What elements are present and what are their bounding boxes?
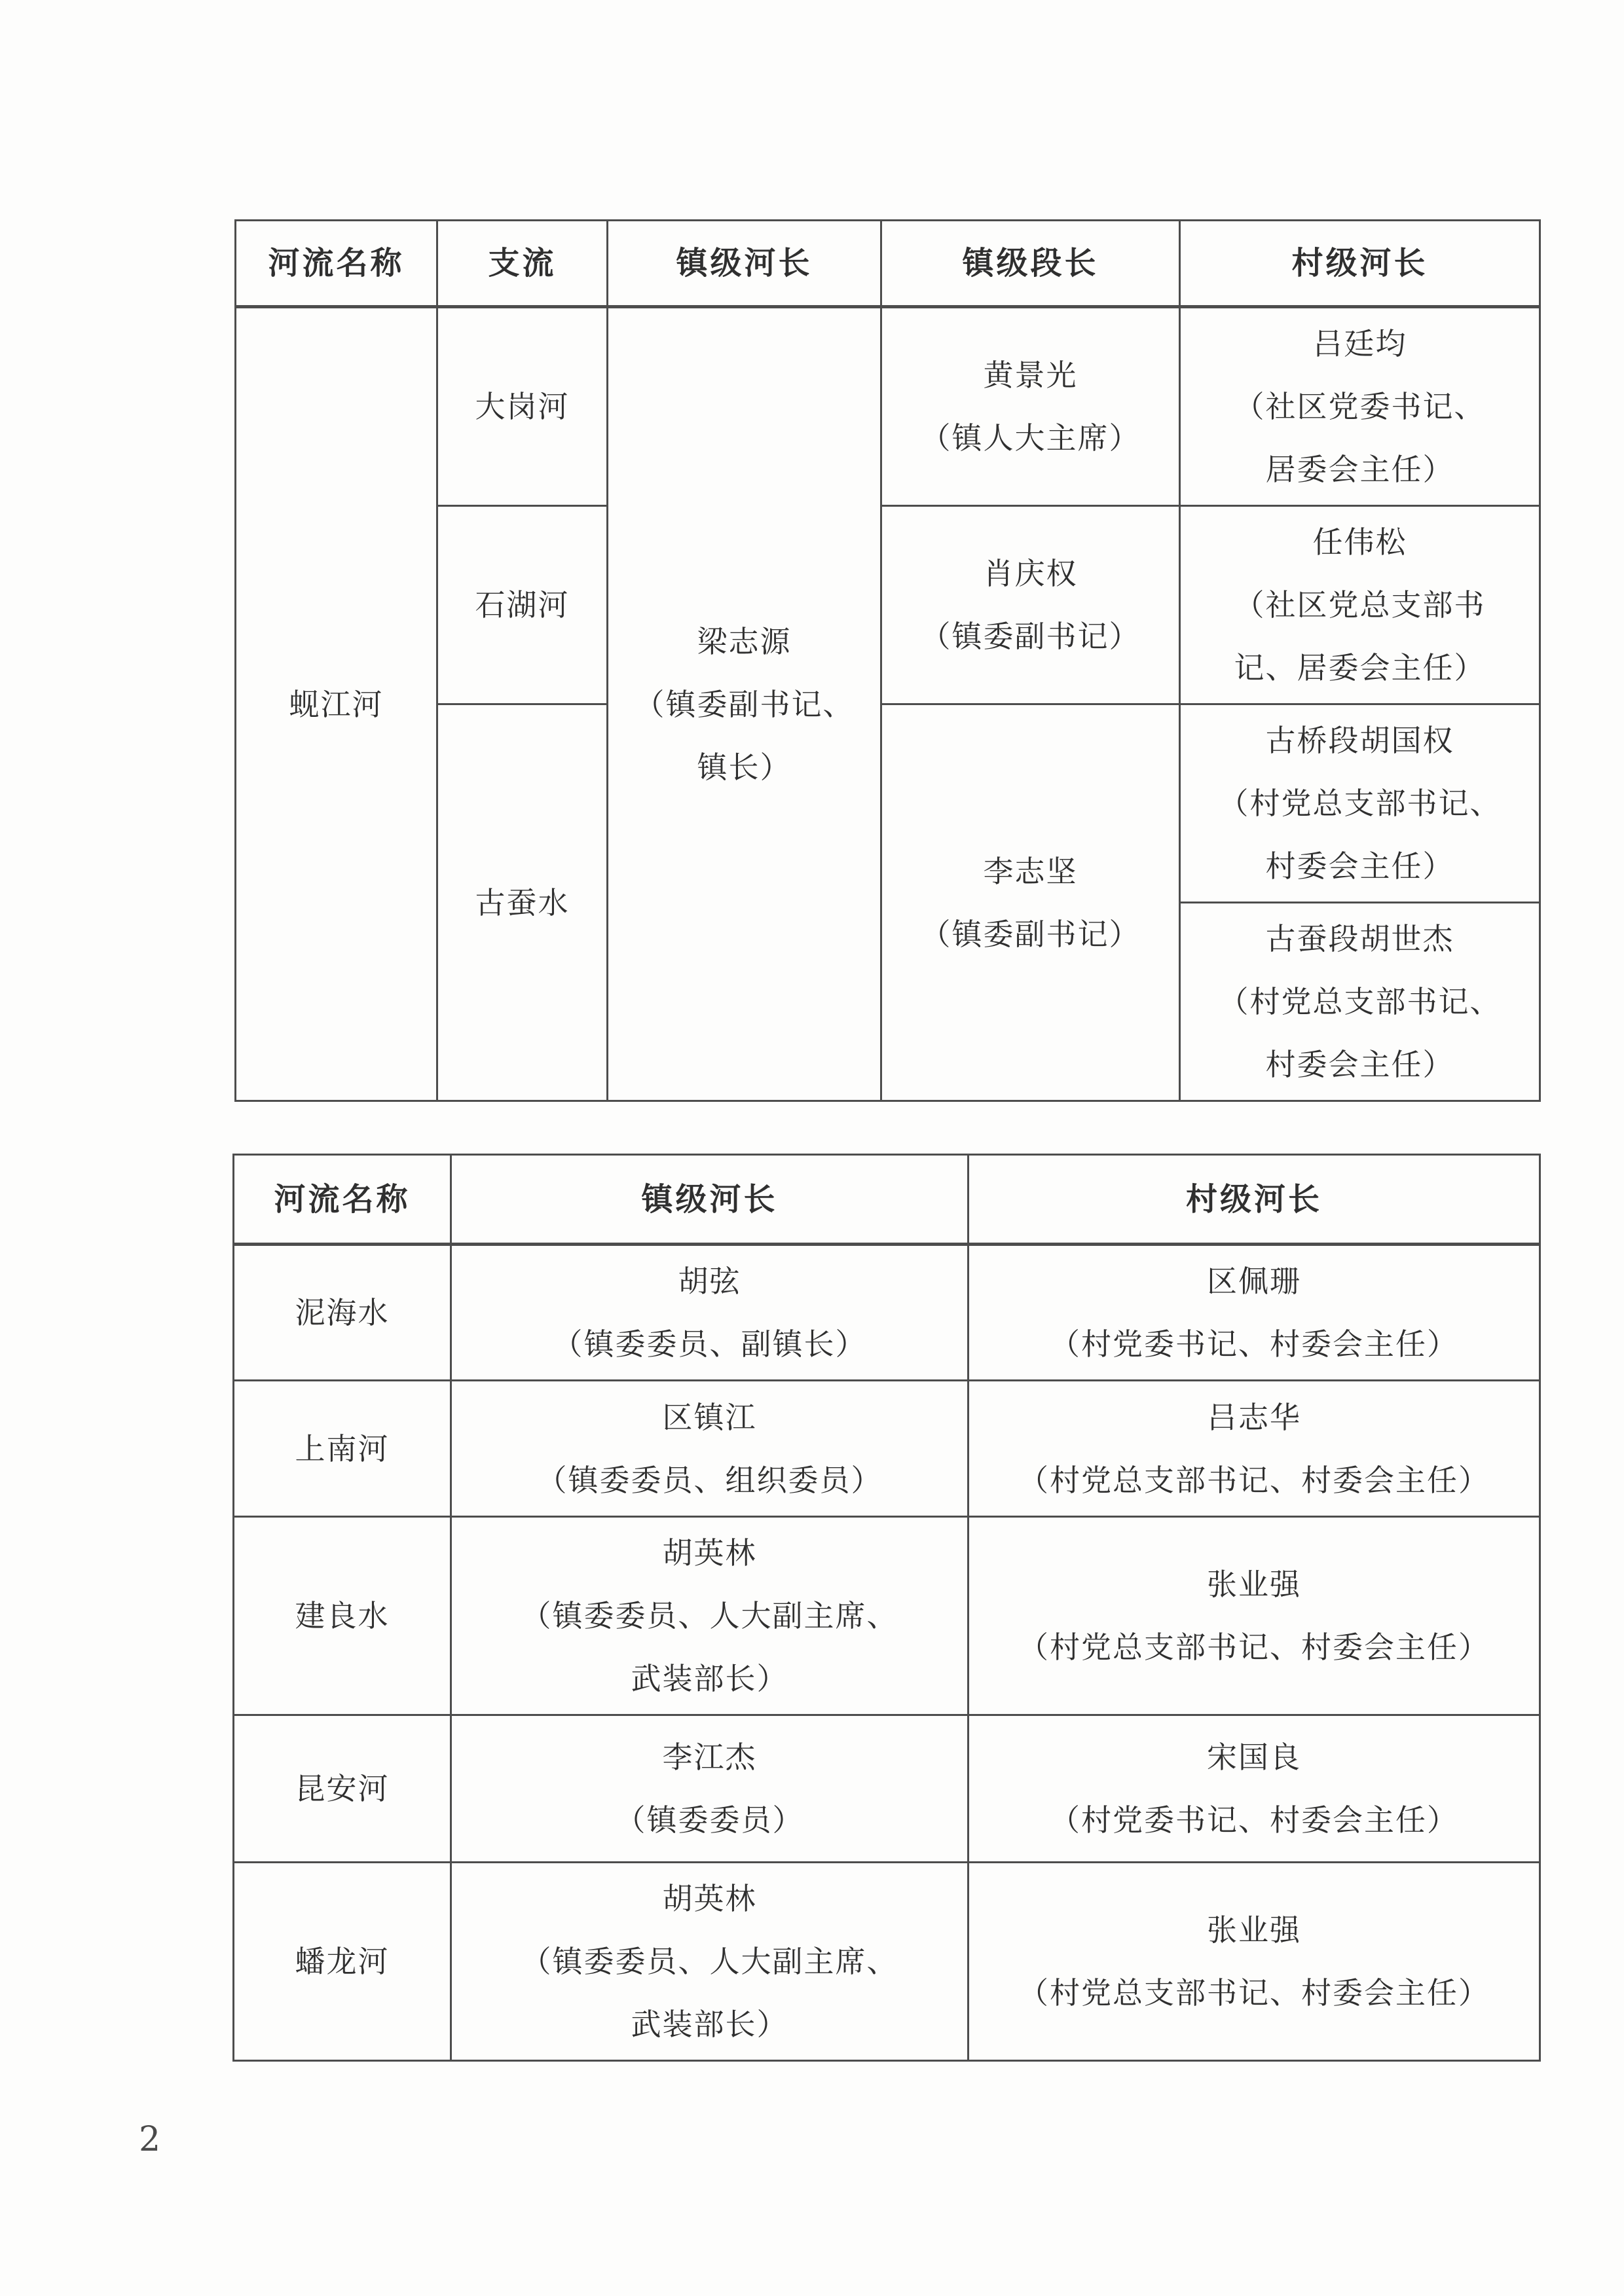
document-page: 河流名称 支流 镇级河长 镇级段长 村级河长 蚬江河 大岗河 梁志源 （镇委副书… [0, 0, 1624, 2296]
town-chief-cell: 胡英林 （镇委委员、人大副主席、 武装部长） [451, 1863, 969, 2061]
table1-header-tributary: 支流 [437, 221, 608, 307]
village-chief-cell: 吕志华 （村党总支部书记、村委会主任） [969, 1381, 1540, 1517]
village-chief-cell: 古桥段胡国权 （村党总支部书记、 村委会主任） [1180, 704, 1540, 903]
tributary-cell: 石湖河 [437, 506, 608, 704]
table2-header-row: 河流名称 镇级河长 村级河长 [234, 1155, 1540, 1245]
river-name-cell: 建良水 [234, 1517, 451, 1715]
table2-header-river-name: 河流名称 [234, 1155, 451, 1245]
table2-header-village-chief: 村级河长 [969, 1155, 1540, 1245]
river-name-cell: 昆安河 [234, 1715, 451, 1863]
table1-header-row: 河流名称 支流 镇级河长 镇级段长 村级河长 [236, 221, 1540, 307]
table2-row-kunan: 昆安河 李江杰 （镇委委员） 宋国良 （村党委书记、村委会主任） [234, 1715, 1540, 1863]
town-chief-cell: 梁志源 （镇委副书记、 镇长） [608, 307, 881, 1101]
section-chief-cell: 肖庆权 （镇委副书记） [881, 506, 1180, 704]
village-chief-cell: 张业强 （村党总支部书记、村委会主任） [969, 1517, 1540, 1715]
village-chief-cell: 任伟松 （社区党总支部书 记、居委会主任） [1180, 506, 1540, 704]
table1-header-town-chief: 镇级河长 [608, 221, 881, 307]
village-chief-cell: 宋国良 （村党委书记、村委会主任） [969, 1715, 1540, 1863]
table1-header-village-chief: 村级河长 [1180, 221, 1540, 307]
river-name-cell: 泥海水 [234, 1245, 451, 1381]
table2-row-panlong: 蟠龙河 胡英林 （镇委委员、人大副主席、 武装部长） 张业强 （村党总支部书记、… [234, 1863, 1540, 2061]
village-chief-cell: 张业强 （村党总支部书记、村委会主任） [969, 1863, 1540, 2061]
village-chief-cell: 古蚕段胡世杰 （村党总支部书记、 村委会主任） [1180, 903, 1540, 1101]
table2-row-jianliang: 建良水 胡英林 （镇委委员、人大副主席、 武装部长） 张业强 （村党总支部书记、… [234, 1517, 1540, 1715]
river-name-cell: 上南河 [234, 1381, 451, 1517]
table1-header-river-name: 河流名称 [236, 221, 437, 307]
tributary-cell: 大岗河 [437, 307, 608, 506]
tributary-cell: 古蚕水 [437, 704, 608, 1101]
village-chief-cell: 吕廷均 （社区党委书记、 居委会主任） [1180, 307, 1540, 506]
page-number: 2 [139, 2120, 160, 2159]
town-chief-cell: 胡弦 （镇委委员、副镇长） [451, 1245, 969, 1381]
river-name-cell: 蚬江河 [236, 307, 437, 1101]
town-chief-cell: 胡英林 （镇委委员、人大副主席、 武装部长） [451, 1517, 969, 1715]
village-chief-cell: 区佩珊 （村党委书记、村委会主任） [969, 1245, 1540, 1381]
section-chief-cell: 黄景光 （镇人大主席） [881, 307, 1180, 506]
river-chiefs-table-with-tributaries: 河流名称 支流 镇级河长 镇级段长 村级河长 蚬江河 大岗河 梁志源 （镇委副书… [234, 219, 1541, 1102]
table2-row-shangnan: 上南河 区镇江 （镇委委员、组织委员） 吕志华 （村党总支部书记、村委会主任） [234, 1381, 1540, 1517]
table2-header-town-chief: 镇级河长 [451, 1155, 969, 1245]
table1-row-dagang: 蚬江河 大岗河 梁志源 （镇委副书记、 镇长） 黄景光 （镇人大主席） 吕廷均 … [236, 307, 1540, 506]
river-name-cell: 蟠龙河 [234, 1863, 451, 2061]
table1-header-section-chief: 镇级段长 [881, 221, 1180, 307]
river-chiefs-table-simple: 河流名称 镇级河长 村级河长 泥海水 胡弦 （镇委委员、副镇长） 区佩珊 （村党… [232, 1154, 1541, 2062]
section-chief-cell: 李志坚 （镇委副书记） [881, 704, 1180, 1101]
town-chief-cell: 李江杰 （镇委委员） [451, 1715, 969, 1863]
table2-row-nihai: 泥海水 胡弦 （镇委委员、副镇长） 区佩珊 （村党委书记、村委会主任） [234, 1245, 1540, 1381]
town-chief-cell: 区镇江 （镇委委员、组织委员） [451, 1381, 969, 1517]
